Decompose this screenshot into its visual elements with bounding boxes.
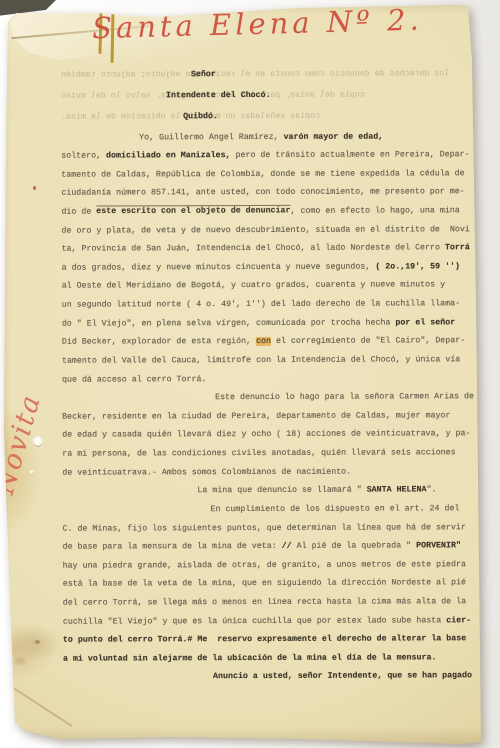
typed-line: ta, Provincia de San Juán, Intendencia d… [62, 243, 470, 253]
typed-segment: Quibdó. [183, 112, 218, 121]
typed-segment: dio de [61, 208, 96, 217]
typed-segment: do " El Viejo", en plena selva vírgen, c… [62, 318, 396, 328]
typed-line: Intendente del Chocó. [166, 91, 271, 100]
typed-segment: por el señor [395, 318, 455, 327]
typed-line: del cerro Torrá, se llega más o menos en… [63, 597, 466, 607]
typed-segment: ra mi persona, de las condiciones civile… [62, 448, 455, 458]
typed-line: de base para la mensura de la mina de ve… [63, 541, 461, 551]
typed-line: tamento del Valle del Cauca, limítrofe c… [62, 355, 460, 365]
paper-sheet-wrap: los derechos de denuncio como consta en … [0, 0, 500, 748]
typed-segment: tamento de Caldas, República de Colombia… [61, 169, 464, 179]
typed-text: SeñorIntendente del Chocó.Quibdó.Yo, Gui… [0, 0, 500, 748]
scanned-document-page: los derechos de denuncio como consta en … [0, 0, 500, 748]
typed-line: que dá acceso al cerro Torrá. [62, 375, 206, 385]
typed-segment: Señor [191, 70, 216, 79]
typed-line: de oro y plata, de veta y de nuevo descu… [61, 225, 469, 235]
typed-line: Este denuncio lo hago para la señora Car… [215, 392, 474, 402]
typed-segment: domiciliado en Manizales, [106, 151, 231, 160]
typed-line: Quibdó. [183, 112, 218, 121]
typed-line: a dos grados, diez y nueve minutos cincu… [62, 262, 460, 272]
typed-segment: Al pié de la quebrada " [292, 542, 417, 551]
typed-line: al Oeste del Meridiano de Bogotá, y cuat… [62, 281, 445, 291]
typed-line: de veinticuatrava.- Ambos somos Colombia… [62, 467, 351, 477]
typed-segment: del cerro Torrá, se llega más o menos en… [63, 597, 466, 607]
typed-line: to punto del cerro Torrá.# Me reservo ex… [63, 634, 466, 644]
typed-line: ra mi persona, de las condiciones civile… [62, 448, 455, 458]
typed-segment: Becker, residente en la ciudad de Pereir… [62, 411, 450, 421]
typed-segment: este escrito con el objeto de denunciar [96, 205, 290, 216]
typed-line: Yo, Guillermo Angel Ramírez, varón mayor… [139, 132, 383, 142]
typed-segment: de edad y casada quién llevará diez y oc… [62, 430, 470, 440]
typed-line: ciudadanía número 857.141, ante usted, c… [61, 188, 464, 198]
typed-segment: un segundo latitud norte ( 4 o. 49', 1''… [62, 299, 460, 309]
typed-segment: // [282, 542, 292, 551]
typed-segment: Intendente del Chocó. [166, 91, 271, 100]
typed-segment: ". [426, 486, 436, 495]
typed-line: Señor [191, 70, 216, 79]
typed-segment: hay una piedra grande, aislada de otras,… [63, 560, 466, 570]
typed-segment: Anuncio a usted, señor Intendente, que s… [213, 672, 472, 682]
typed-line: a mi voluntad sin alejarme de la ubicaci… [63, 653, 436, 663]
typed-segment: En cumplimiento de los dispuesto en el a… [210, 504, 459, 514]
typed-line: Did Becker, explorador de esta región, c… [62, 337, 465, 347]
typed-line: tamento de Caldas, República de Colombia… [61, 169, 464, 179]
typed-segment: que dá acceso al cerro Torrá. [62, 375, 206, 385]
typed-segment: al Oeste del Meridiano de Bogotá, y cuat… [62, 281, 445, 291]
typed-segment: Torrá [445, 243, 470, 252]
typed-line: de edad y casada quién llevará diez y oc… [62, 430, 470, 440]
typed-segment: varón mayor de edad, [284, 132, 384, 141]
typed-segment: Este denuncio lo hago para la señora Car… [215, 392, 474, 402]
typed-line: cuchilla "El Viejo" y que es la única cu… [63, 616, 471, 626]
paper-sheet: los derechos de denuncio como consta en … [0, 0, 500, 748]
typed-segment: cier- [446, 616, 471, 625]
typed-line: está la base de la veta de la mina, que … [63, 579, 466, 589]
typed-segment: La mina que denuncio se llamará " [197, 486, 366, 496]
typed-line: En cumplimiento de los dispuesto en el a… [210, 504, 459, 514]
typed-segment: SANTA HELENA [367, 486, 427, 495]
typed-segment: C. de Minas, fijo los siguientes puntos,… [63, 523, 466, 533]
typed-line: La mina que denuncio se llamará " SANTA … [197, 486, 436, 496]
typed-segment: Yo, Guillermo Angel Ramírez, [139, 132, 283, 142]
typed-segment: to punto del cerro Torrá.# Me reservo ex… [63, 634, 466, 644]
typed-line: dio de este escrito con el objeto de den… [61, 206, 459, 216]
typed-line: Anuncio a usted, señor Intendente, que s… [213, 672, 472, 682]
typed-segment: soltero, [61, 152, 106, 161]
highlighted-word: con [256, 337, 271, 346]
typed-segment: ( 2o.,19', 59 '') [375, 262, 460, 271]
typed-line: Becker, residente en la ciudad de Pereir… [62, 411, 450, 421]
typed-segment: , como en efecto lo hago, una mina [290, 206, 459, 216]
typed-segment: está la base de la veta de la mina, que … [63, 579, 466, 589]
typed-segment: ciudadanía número 857.141, ante usted, c… [61, 188, 464, 198]
typed-segment: cuchilla "El Viejo" y que es la única cu… [63, 616, 446, 626]
typed-segment: PORVENIR" [416, 541, 461, 550]
typed-line: do " El Viejo", en plena selva vírgen, c… [62, 318, 455, 328]
typed-segment: de oro y plata, de veta y de nuevo descu… [61, 225, 469, 235]
typed-line: soltero, domiciliado en Manizales, pero … [61, 150, 469, 160]
typed-segment: ta, Provincia de San Juán, Intendencia d… [62, 244, 445, 254]
typed-segment: Did Becker, explorador de esta región, [62, 337, 256, 347]
typed-segment: el corregimiento de "El Cairo", Depar- [271, 337, 465, 347]
typed-segment: a dos grados, diez y nueve minutos cincu… [62, 262, 376, 272]
typed-segment: a mi voluntad sin alejarme de la ubicaci… [63, 653, 436, 663]
typed-line: hay una piedra grande, aislada de otras,… [63, 560, 466, 570]
typed-segment: de base para la mensura de la mina de ve… [63, 542, 282, 552]
typed-line: C. de Minas, fijo los siguientes puntos,… [63, 523, 466, 533]
typed-segment: tamento del Valle del Cauca, limítrofe c… [62, 355, 460, 365]
typed-segment: de veinticuatrava.- Ambos somos Colombia… [62, 467, 351, 477]
typed-line: un segundo latitud norte ( 4 o. 49', 1''… [62, 299, 460, 309]
typed-segment: pero de tránsito actualmente en Pereira,… [231, 150, 470, 160]
